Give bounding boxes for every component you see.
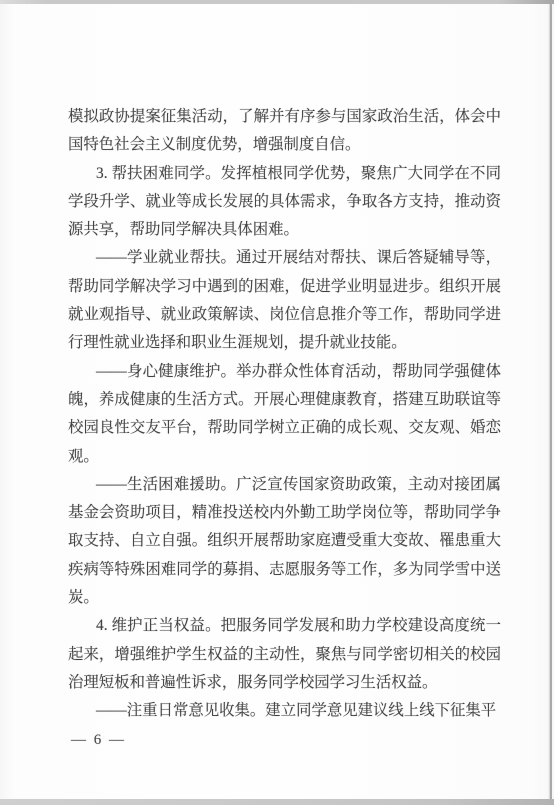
paragraph-item-4-protect-rights: 4. 维护正当权益。把服务同学发展和助力学校建设高度统一起来，增强维护学生权益的… — [68, 612, 501, 697]
paragraph-continuation: 模拟政协提案征集活动，了解并有序参与国家政治生活，体会中国特色社会主义制度优势，… — [68, 103, 501, 160]
paragraph-physical-mental-health: ——身心健康维护。举办群众性体育活动，帮助同学强健体魄，养成健康的生活方式。开展… — [68, 358, 501, 471]
paragraph-item-3-help-students: 3. 帮扶困难同学。发挥植根同学优势，聚焦广大同学在不同学段升学、就业等成长发展… — [68, 160, 501, 245]
paragraph-living-difficulty-aid: ——生活困难援助。广泛宣传国家资助政策，主动对接团属基金会资助项目，精准投送校内… — [68, 471, 501, 612]
scan-edge-bottom — [0, 799, 554, 805]
paragraph-academic-employment-support: ——学业就业帮扶。通过开展结对帮扶、课后答疑辅导等，帮助同学解决学习中遇到的困难… — [68, 244, 501, 357]
document-body: 模拟政协提案征集活动，了解并有序参与国家政治生活，体会中国特色社会主义制度优势，… — [68, 103, 501, 726]
scan-edge-right — [550, 4, 552, 799]
scanned-document-page: 模拟政协提案征集活动，了解并有序参与国家政治生活，体会中国特色社会主义制度优势，… — [0, 0, 554, 805]
scan-edge-top — [0, 0, 554, 4]
page-number: — 6 — — [71, 729, 126, 751]
paragraph-daily-opinion-collection: ——注重日常意见收集。建立同学意见建议线上线下征集平 — [68, 697, 501, 725]
